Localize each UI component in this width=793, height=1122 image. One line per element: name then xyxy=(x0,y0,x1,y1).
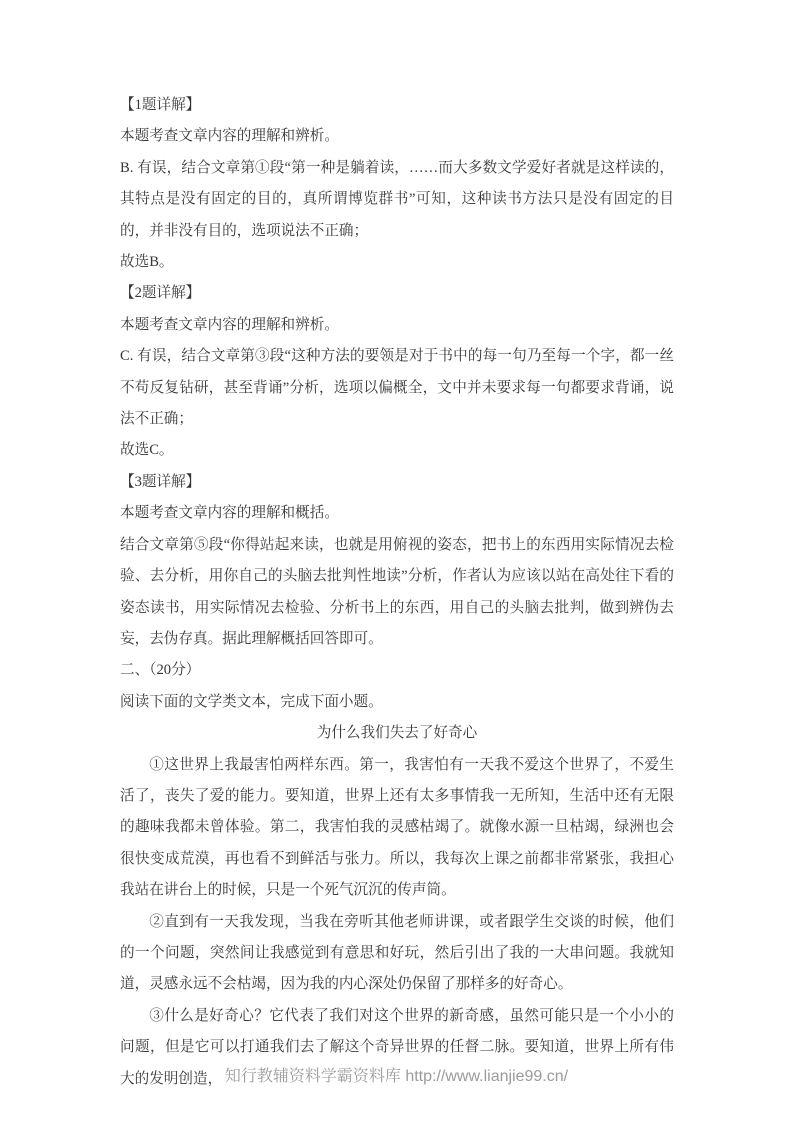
explanation-q3: 【3题详解】 本题考查文章内容的理解和概括。 结合文章第⑤段“你得站起来读，也就… xyxy=(120,467,674,655)
analysis-text: C. 有误，结合文章第③段“这种方法的要领是对于书中的每一句乃至每一个字，都一丝… xyxy=(120,341,674,435)
section-heading: 二、（20分） xyxy=(120,655,674,686)
explanation-q2: 【2题详解】 本题考查文章内容的理解和辨析。 C. 有误，结合文章第③段“这种方… xyxy=(120,278,674,466)
document-page: 【1题详解】 本题考查文章内容的理解和辨析。 B. 有误，结合文章第①段“第一种… xyxy=(0,0,793,1122)
explanation-header: 【1题详解】 xyxy=(120,90,674,121)
explanation-header: 【3题详解】 xyxy=(120,467,674,498)
answer-conclusion: 故选B。 xyxy=(120,247,674,278)
essay-paragraph-1: ①这世界上我最害怕两样东西。第一，我害怕有一天我不爱这个世界了，不爱生活了，丧失… xyxy=(120,750,674,907)
question-focus: 本题考查文章内容的理解和辨析。 xyxy=(120,121,674,152)
section-two: 二、（20分） 阅读下面的文学类文本，完成下面小题。 为什么我们失去了好奇心 ①… xyxy=(120,655,674,1095)
watermark-text: 知行教辅资料学霸资料库 http://www.lianjie99.cn/ xyxy=(225,1068,568,1085)
analysis-text: 结合文章第⑤段“你得站起来读，也就是用俯视的姿态，把书上的东西用实际情况去检验、… xyxy=(120,530,674,656)
explanation-q1: 【1题详解】 本题考查文章内容的理解和辨析。 B. 有误，结合文章第①段“第一种… xyxy=(120,90,674,278)
question-focus: 本题考查文章内容的理解和概括。 xyxy=(120,498,674,529)
reading-instruction: 阅读下面的文学类文本，完成下面小题。 xyxy=(120,687,674,718)
analysis-text: B. 有误，结合文章第①段“第一种是躺着读，……而大多数文学爱好者就是这样读的，… xyxy=(120,153,674,247)
answer-conclusion: 故选C。 xyxy=(120,435,674,466)
question-focus: 本题考查文章内容的理解和辨析。 xyxy=(120,310,674,341)
watermark-footer: 知行教辅资料学霸资料库 http://www.lianjie99.cn/ xyxy=(0,1066,793,1088)
explanation-header: 【2题详解】 xyxy=(120,278,674,309)
essay-paragraph-2: ②直到有一天我发现，当我在旁听其他老师讲课，或者跟学生交谈的时候，他们的一个问题… xyxy=(120,907,674,1001)
essay-title: 为什么我们失去了好奇心 xyxy=(120,718,674,749)
document-body: 【1题详解】 本题考查文章内容的理解和辨析。 B. 有误，结合文章第①段“第一种… xyxy=(120,90,674,1095)
